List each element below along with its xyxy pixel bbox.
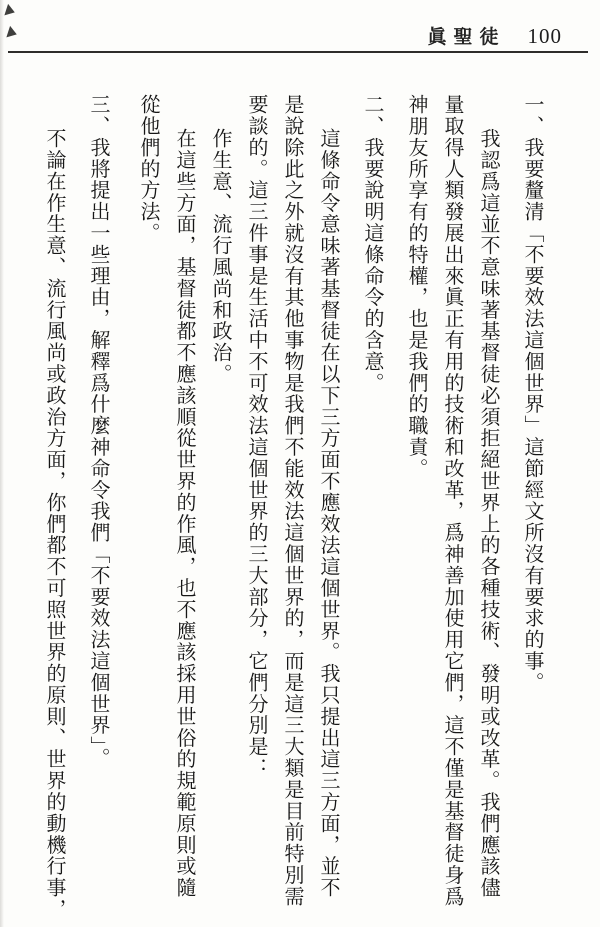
running-head: 眞聖徒 100	[427, 22, 562, 49]
book-page: 眞聖徒 100 一、我要釐清「不要效法這個世界」這節經文所沒有要求的事。 我認爲…	[0, 0, 600, 927]
text-column: 不論在作生意、流行風尚或政治方面，你們都不可照世界的原則、世界的動機行事，	[36, 94, 72, 926]
text-column: 是說除此之外就沒有其他事物是我們不能效法這個世界的，而是這三大類是目前特別需	[274, 94, 310, 926]
text-column: 在這些方面，基督徒都不應該順從世界的作風，也不應該採用世俗的規範原則或隨	[166, 94, 202, 926]
header-rule	[8, 51, 588, 53]
text-column: 要談的。這三件事是生活中不可效法這個世界的三大部分，它們分別是：	[238, 94, 274, 926]
text-column: 作生意、流行風尚和政治。	[202, 94, 238, 926]
scan-artifact-icon	[6, 26, 18, 40]
section-heading-2: 二、我要說明這條命令的含意。	[354, 94, 390, 926]
text-column: 量取得人類發展出來眞正有用的技術和改革，爲神善加使用它們，這不僅是基督徒身爲	[434, 94, 470, 926]
book-title: 眞聖徒	[427, 22, 505, 49]
text-column: 我認爲這並不意味著基督徒必須拒絕世界上的各種技術、發明或改革。我們應該儘	[470, 94, 506, 926]
page-number: 100	[528, 24, 563, 49]
section-heading-3: 三、我將提出一些理由，解釋爲什麼神命令我們「不要效法這個世界」。	[80, 94, 116, 926]
text-column: 這條命令意味著基督徒在以下三方面不應效法這個世界。我只提出這三方面，並不	[310, 94, 346, 926]
page-content: 一、我要釐清「不要效法這個世界」這節經文所沒有要求的事。 我認爲這並不意味著基督…	[36, 94, 558, 926]
scan-artifact-icon	[4, 4, 16, 18]
text-column: 神朋友所享有的特權，也是我們的職責。	[398, 94, 434, 926]
text-column: 從他們的方法。	[130, 94, 166, 926]
section-heading-1: 一、我要釐清「不要效法這個世界」這節經文所沒有要求的事。	[514, 94, 550, 926]
